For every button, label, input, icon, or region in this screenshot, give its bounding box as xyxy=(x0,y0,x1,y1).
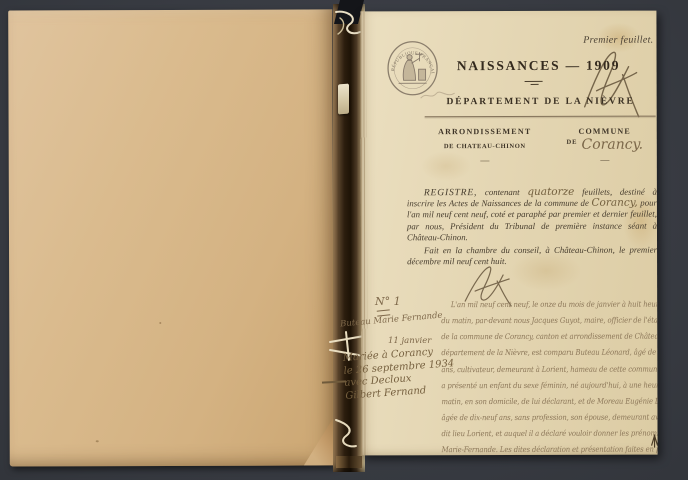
spine-foot xyxy=(336,456,362,468)
dash-ornament: — xyxy=(555,155,655,165)
act-text-line: dit lieu Lorient, et auquel il a déclaré… xyxy=(442,429,658,439)
registre-lead-word: REGISTRE, xyxy=(424,187,477,198)
signature-icon xyxy=(579,45,649,121)
marginal-date: 11 janvier xyxy=(388,336,431,346)
registre-text: contenant xyxy=(477,187,527,197)
act-text-line: matin, en son domicile, de lui déclarant… xyxy=(441,396,657,406)
paper-speck xyxy=(159,322,161,324)
act-number: N° 1 xyxy=(375,295,401,308)
act-text-line: du matin, par-devant nous Jacques Guyot,… xyxy=(441,316,657,326)
ink-mark-icon xyxy=(650,433,658,449)
binding-tape-icon xyxy=(338,84,349,115)
act-text-line: ans, cultivateur, demeurant à Lorient, h… xyxy=(441,364,657,374)
dash-ornament: — xyxy=(435,155,535,165)
ornament-divider xyxy=(525,81,543,85)
paper-speck xyxy=(96,440,99,442)
registre-declaration: REGISTRE, contenant quatorze feuillets, … xyxy=(407,187,657,268)
act-text-line: âgée de dix-neuf ans, sans profession, s… xyxy=(441,413,657,423)
scanned-register-photo: Premier feuillet. RÉPUBLIQUE FRANÇAISE xyxy=(0,0,688,480)
handwritten-commune-name: Corancy, xyxy=(591,197,637,209)
commune-value-row: DE Corancy. xyxy=(555,136,655,154)
act-text-line: a présenté un enfant du sexe féminin, né… xyxy=(441,381,657,391)
act-text-line: département de la Nièvre, est comparu Bu… xyxy=(441,348,657,358)
commune-de-label: DE xyxy=(566,139,577,146)
registre-closing: Fait en la chambre du conseil, à Château… xyxy=(407,245,657,268)
commune-block: COMMUNE DE Corancy. — xyxy=(555,127,655,165)
commune-handwritten-name: Corancy. xyxy=(581,137,643,153)
marginal-marriage-mention: Mariée à Corancy le 26 septembre 1934 av… xyxy=(342,345,456,403)
handwritten-feuillet-count: quatorze xyxy=(527,186,574,198)
arrondissement-label: ARRONDISSEMENT xyxy=(435,127,535,136)
department-heading: DÉPARTEMENT DE LA NIÈVRE xyxy=(421,97,658,108)
arrondissement-value: DE CHATEAU-CHINON xyxy=(435,143,535,150)
left-blank-page xyxy=(8,9,334,466)
commune-label: COMMUNE xyxy=(555,127,655,136)
act-text-line: Marie-Fernande. Les dites déclaration et… xyxy=(442,445,658,455)
act-text-line: de la commune de Corancy, canton et arro… xyxy=(441,332,657,342)
register-title: NAISSANCES — 1909 xyxy=(419,58,658,75)
act-text-line: L'an mil neuf cent neuf, le onze du mois… xyxy=(441,300,657,310)
registre-paragraph: REGISTRE, contenant quatorze feuillets, … xyxy=(407,187,657,244)
binding-thread-icon xyxy=(328,416,362,452)
arrondissement-block: ARRONDISSEMENT DE CHATEAU-CHINON — xyxy=(435,127,535,165)
